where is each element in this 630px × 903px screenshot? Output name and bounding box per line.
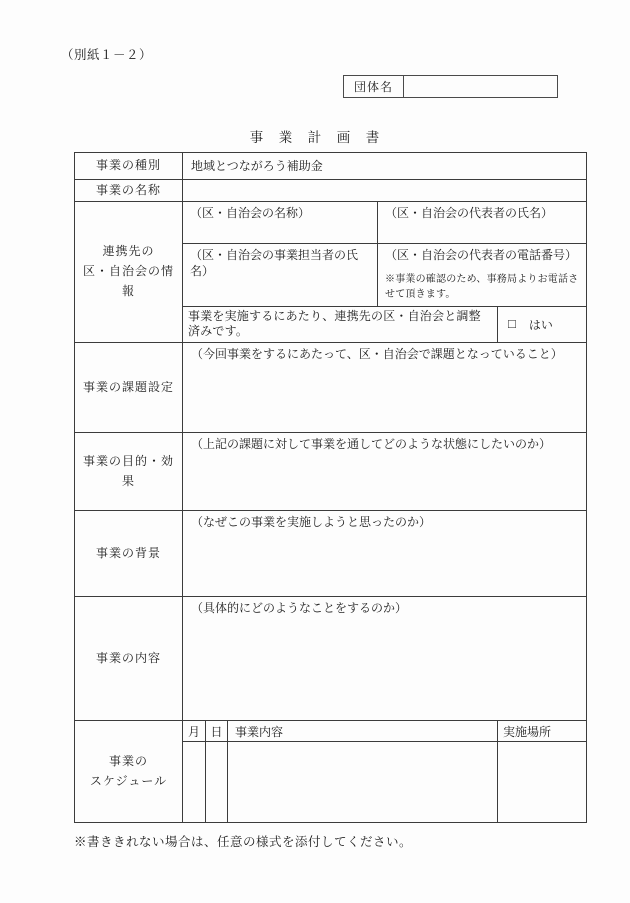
content-label: 事業の内容	[75, 597, 183, 720]
schedule-entry-row	[183, 742, 586, 822]
partner-phone-field[interactable]: （区・自治会の代表者の電話番号） ※事業の確認のため、事務局よりお電話させて頂き…	[378, 244, 586, 306]
business-type-label: 事業の種別	[75, 153, 183, 179]
partner-representative-name-field[interactable]: （区・自治会の代表者の氏名）	[378, 202, 586, 243]
row-partner-info: 連携先の 区・自治会の情 報 （区・自治会の名称） （区・自治会の代表者の氏名）…	[75, 202, 586, 343]
issue-setting-prompt: （今回事業をするにあたって、区・自治会で課題となっていること）	[191, 347, 563, 361]
schedule-day-field[interactable]	[206, 742, 228, 822]
row-content: 事業の内容 （具体的にどのようなことをするのか）	[75, 597, 586, 721]
issue-setting-label: 事業の課題設定	[75, 343, 183, 432]
content-field[interactable]: （具体的にどのようなことをするのか）	[183, 597, 586, 720]
coordination-confirm-statement: 事業を実施するにあたり、連携先の区・自治会と調整済みです。	[183, 307, 498, 342]
schedule-col-day-header: 日	[206, 721, 228, 741]
organization-name-box: 団体名	[343, 75, 558, 98]
partner-info-label: 連携先の 区・自治会の情 報	[75, 202, 183, 342]
schedule-col-place-header: 実施場所	[498, 721, 586, 741]
schedule-col-month-header: 月	[183, 721, 206, 741]
page-title: 事 業 計 画 書	[0, 126, 630, 146]
schedule-table: 月 日 事業内容 実施場所	[183, 721, 586, 822]
content-prompt: （具体的にどのようなことをするのか）	[191, 601, 407, 615]
row-schedule: 事業の スケジュール 月 日 事業内容 実施場所	[75, 721, 586, 822]
schedule-col-description-header: 事業内容	[228, 721, 498, 741]
yes-checkbox-label: はい	[529, 316, 553, 333]
row-business-type: 事業の種別 地域とつながろう補助金	[75, 153, 586, 180]
background-field[interactable]: （なぜこの事業を実施しようと思ったのか）	[183, 511, 586, 596]
organization-name-field[interactable]	[404, 76, 557, 97]
partner-org-name-field[interactable]: （区・自治会の名称）	[183, 202, 378, 243]
partner-phone-prompt: （区・自治会の代表者の電話番号）	[385, 247, 579, 263]
business-plan-document: （別紙１－２） 団体名 事 業 計 画 書 事業の種別 地域とつながろう補助金 …	[0, 0, 630, 903]
purpose-effect-prompt: （上記の課題に対して事業を通してどのような状態にしたいのか）	[191, 437, 551, 451]
partner-manager-name-field[interactable]: （区・自治会の事業担当者の氏名）	[183, 244, 378, 306]
business-name-label: 事業の名称	[75, 180, 183, 201]
business-type-value: 地域とつながろう補助金	[183, 153, 586, 179]
schedule-header-row: 月 日 事業内容 実施場所	[183, 721, 586, 742]
schedule-place-field[interactable]	[498, 742, 586, 822]
schedule-month-field[interactable]	[183, 742, 206, 822]
partner-subrow-contacts: （区・自治会の事業担当者の氏名） （区・自治会の代表者の電話番号） ※事業の確認…	[183, 244, 586, 307]
partner-info-cells: （区・自治会の名称） （区・自治会の代表者の氏名） （区・自治会の事業担当者の氏…	[183, 202, 586, 342]
row-business-name: 事業の名称	[75, 180, 586, 202]
organization-name-label: 団体名	[344, 76, 404, 97]
business-name-field[interactable]	[183, 180, 586, 201]
schedule-description-field[interactable]	[228, 742, 498, 822]
purpose-effect-field[interactable]: （上記の課題に対して事業を通してどのような状態にしたいのか）	[183, 433, 586, 510]
partner-phone-note: ※事業の確認のため、事務局よりお電話させて頂きます。	[385, 272, 579, 303]
coordination-confirm-cell: □ はい	[498, 307, 586, 342]
yes-checkbox-icon[interactable]: □	[508, 316, 516, 332]
background-label: 事業の背景	[75, 511, 183, 596]
issue-setting-field[interactable]: （今回事業をするにあたって、区・自治会で課題となっていること）	[183, 343, 586, 432]
overflow-attachment-note: ※書ききれない場合は、任意の様式を添付してください。	[74, 832, 412, 850]
row-background: 事業の背景 （なぜこの事業を実施しようと思ったのか）	[75, 511, 586, 597]
business-plan-table: 事業の種別 地域とつながろう補助金 事業の名称 連携先の 区・自治会の情 報 （…	[74, 152, 587, 823]
attachment-number-label: （別紙１－２）	[61, 45, 152, 63]
background-prompt: （なぜこの事業を実施しようと思ったのか）	[191, 515, 431, 529]
partner-subrow-confirmation: 事業を実施するにあたり、連携先の区・自治会と調整済みです。 □ はい	[183, 307, 586, 342]
row-purpose-effect: 事業の目的・効 果 （上記の課題に対して事業を通してどのような状態にしたいのか）	[75, 433, 586, 511]
partner-subrow-names: （区・自治会の名称） （区・自治会の代表者の氏名）	[183, 202, 586, 244]
row-issue-setting: 事業の課題設定 （今回事業をするにあたって、区・自治会で課題となっていること）	[75, 343, 586, 433]
purpose-effect-label: 事業の目的・効 果	[75, 433, 183, 510]
schedule-label: 事業の スケジュール	[75, 721, 183, 822]
